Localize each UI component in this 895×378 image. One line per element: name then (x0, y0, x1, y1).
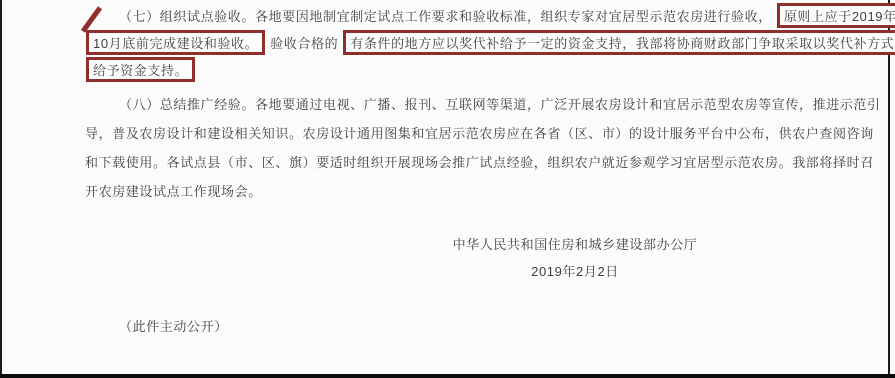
page-border-bottom (0, 374, 895, 378)
text-line: （七）组织试点验收。各地要因地制宜制定试点工作要求和验收标准，组织专家对宜居型示… (83, 2, 815, 29)
text-line: （八）总结推广经验。各地要通过电视、广播、报刊、互联网等渠道，广泛开展农房设计和… (83, 89, 815, 118)
text-line: 和下载使用。各试点县（市、区、旗）要适时组织开展现场会推广试点经验，组织农户就近… (83, 147, 815, 176)
body-text: 验收合格的 (268, 33, 340, 52)
signature-org: 中华人民共和国住房和城乡建设部办公厅 (209, 231, 895, 258)
highlighted-text: 有条件的地方应以奖代补给予一定的资金支持，我部将协商财政部门争取采取以奖代补方式 (343, 30, 895, 55)
body-text: （八）总结推广经验。各地要通过电视、广播、报刊、互联网等渠道，广泛开展农房设计和… (117, 94, 883, 113)
signature-block: 中华人民共和国住房和城乡建设部办公厅 2019年2月2日 (209, 231, 895, 285)
highlighted-text: 给予资金支持。 (86, 57, 195, 82)
text-line: 导，普及农房设计和建设相关知识。农房设计通用图集和宜居示范农房应在各省（区、市）… (83, 118, 815, 147)
body-text: 开农房建设试点工作现场会。 (83, 181, 264, 200)
highlighted-text: 10月底前完成建设和验收。 (86, 30, 265, 55)
paragraph-eight: （八）总结推广经验。各地要通过电视、广播、报刊、互联网等渠道，广泛开展农房设计和… (83, 89, 815, 205)
body-text: 导，普及农房设计和建设相关知识。农房设计通用图集和宜居示范农房应在各省（区、市）… (83, 123, 876, 142)
text-line: 给予资金支持。 (83, 56, 815, 83)
highlighted-text: 原则上应于2019年 (777, 3, 895, 28)
paragraph-seven: （七）组织试点验收。各地要因地制宜制定试点工作要求和验收标准，组织专家对宜居型示… (83, 2, 815, 83)
body-text: 和下载使用。各试点县（市、区、旗）要适时组织开展现场会推广试点经验，组织农户就近… (83, 152, 876, 171)
page-border-right (888, 0, 890, 378)
signature-date: 2019年2月2日 (209, 258, 895, 285)
body-text: （七）组织试点验收。各地要因地制宜制定试点工作要求和验收标准，组织专家对宜居型示… (117, 6, 774, 25)
text-line: 开农房建设试点工作现场会。 (83, 176, 815, 205)
text-line: 10月底前完成建设和验收。验收合格的有条件的地方应以奖代补给予一定的资金支持，我… (83, 29, 815, 56)
page-border-left (0, 0, 2, 378)
document-content: （七）组织试点验收。各地要因地制宜制定试点工作要求和验收标准，组织专家对宜居型示… (83, 2, 815, 335)
document-page: （七）组织试点验收。各地要因地制宜制定试点工作要求和验收标准，组织专家对宜居型示… (0, 0, 895, 378)
disclosure-note: （此件主动公开） (119, 316, 815, 335)
